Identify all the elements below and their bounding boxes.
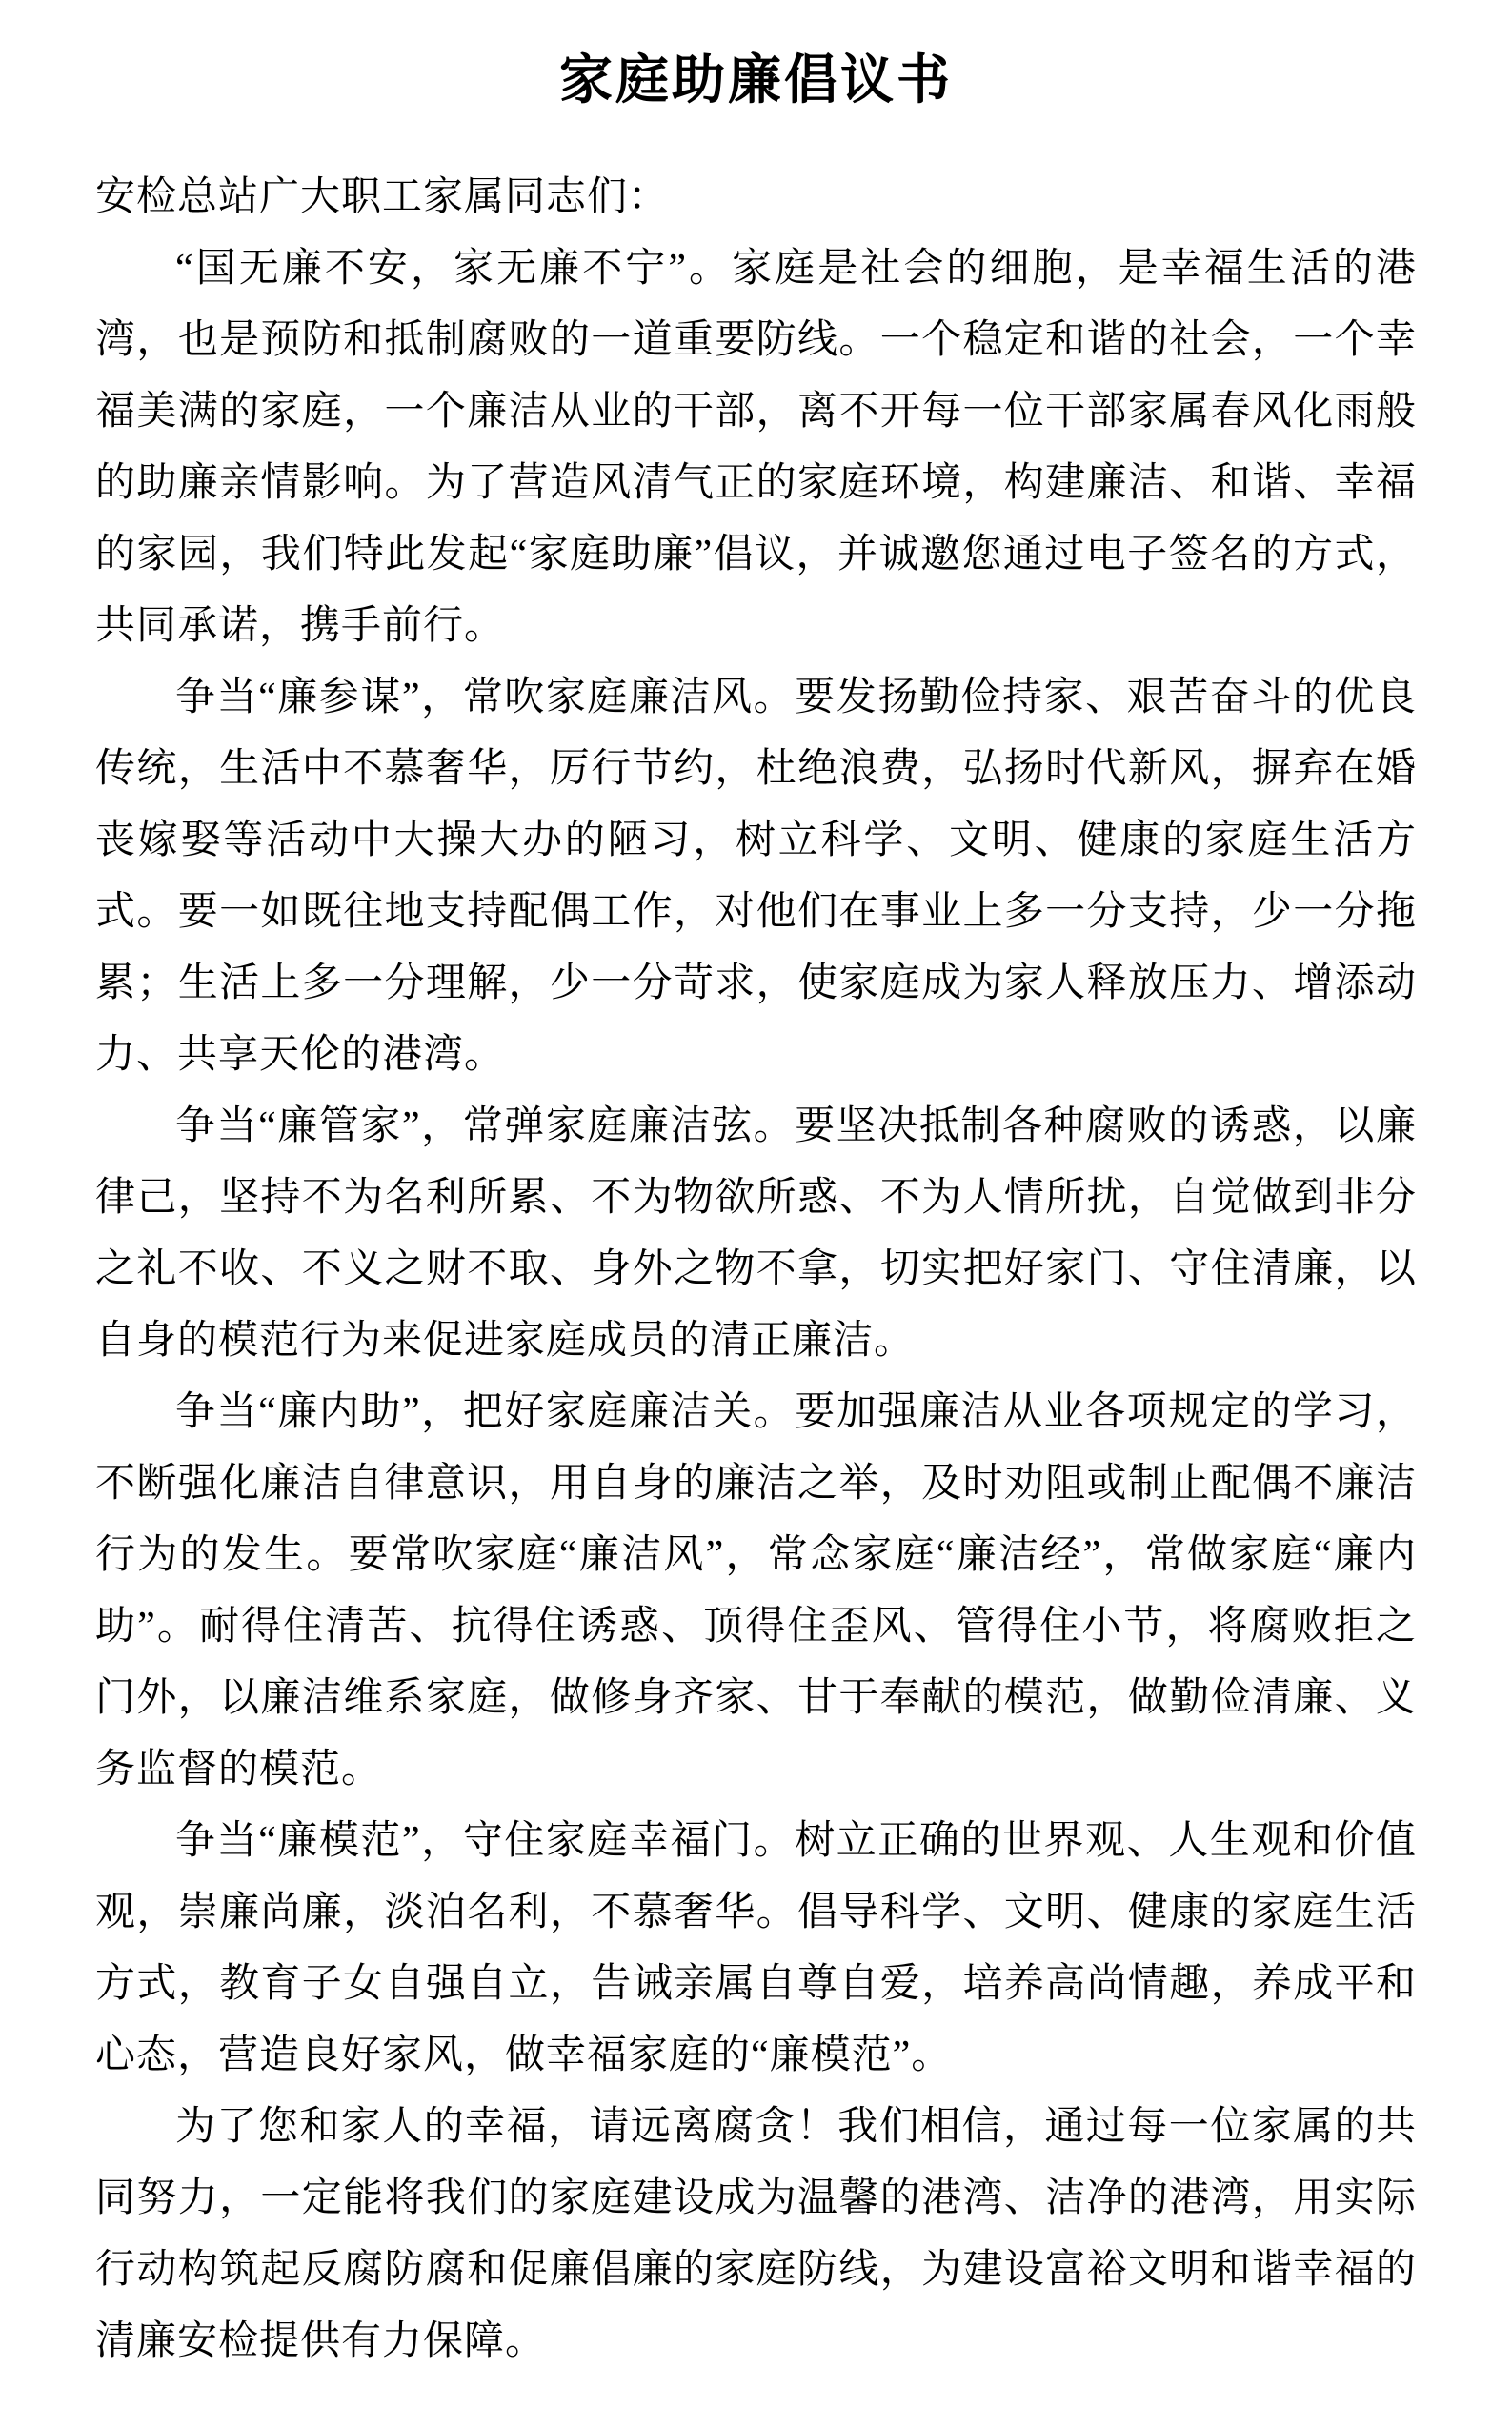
page-title: 家庭助廉倡议书: [0, 0, 1512, 118]
document-page: 家庭助廉倡议书 安检总站广大职工家属同志们： “国无廉不安，家无廉不宁”。家庭是…: [0, 0, 1512, 2409]
salutation-line: 安检总站广大职工家属同志们：: [95, 162, 1417, 233]
body-paragraph-4: 争当“廉内助”，把好家庭廉洁关。要加强廉洁从业各项规定的学习，不断强化廉洁自律意…: [95, 1377, 1417, 1806]
body-paragraph-1: “国无廉不安，家无廉不宁”。家庭是社会的细胞，是幸福生活的港湾，也是预防和抵制腐…: [95, 233, 1417, 662]
body-paragraph-3: 争当“廉管家”，常弹家庭廉洁弦。要坚决抵制各种腐败的诱惑，以廉律己，坚持不为名利…: [95, 1091, 1417, 1377]
body-paragraph-6: 为了您和家人的幸福，请远离腐贪！我们相信，通过每一位家属的共同努力，一定能将我们…: [95, 2092, 1417, 2378]
body-paragraph-2: 争当“廉参谋”，常吹家庭廉洁风。要发扬勤俭持家、艰苦奋斗的优良传统，生活中不慕奢…: [95, 662, 1417, 1091]
body-paragraph-5: 争当“廉模范”，守住家庭幸福门。树立正确的世界观、人生观和价值观，崇廉尚廉，淡泊…: [95, 1806, 1417, 2092]
document-body: 安检总站广大职工家属同志们： “国无廉不安，家无廉不宁”。家庭是社会的细胞，是幸…: [0, 162, 1512, 2378]
